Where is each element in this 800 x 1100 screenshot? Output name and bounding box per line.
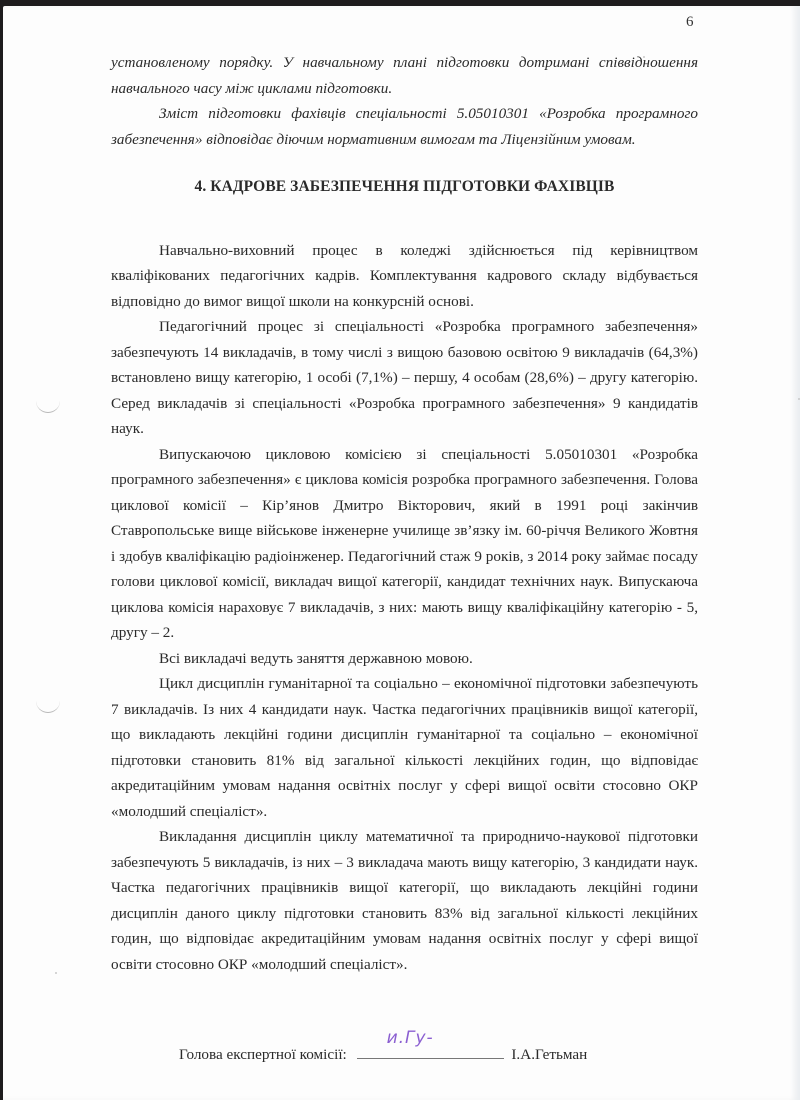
- scan-speck: [55, 972, 57, 974]
- intro-paragraph-continued: установленому порядку. У навчальному пла…: [111, 50, 698, 101]
- signature-block: Голова експертної комісії: и.Гу- І.А.Гет…: [179, 1042, 587, 1064]
- body-paragraph: Випускаючою цикловою комісією зі спеціал…: [111, 442, 698, 646]
- page-number: 6: [686, 14, 694, 31]
- punch-hole-mark: [36, 698, 60, 713]
- punch-hole-mark: [36, 398, 60, 413]
- body-paragraph: Всі викладачі ведуть заняття державною м…: [111, 646, 698, 672]
- body-paragraph: Цикл дисциплін гуманітарної та соціально…: [111, 671, 698, 824]
- section-heading: 4. КАДРОВЕ ЗАБЕЗПЕЧЕННЯ ПІДГОТОВКИ ФАХІВ…: [111, 174, 698, 200]
- page-edge-shadow: [790, 6, 800, 1100]
- body-paragraph: Викладання дисциплін циклу математичної …: [111, 824, 698, 977]
- scanned-page: 6 установленому порядку. У навчальному п…: [3, 6, 800, 1100]
- body-paragraph: Педагогічний процес зі спеціальності «Ро…: [111, 314, 698, 442]
- signatory-name: І.А.Гетьман: [511, 1046, 587, 1063]
- handwritten-signature: и.Гу-: [387, 1028, 434, 1048]
- body-paragraph: Навчально-виховний процес в коледжі здій…: [111, 238, 698, 315]
- intro-paragraph: Зміст підготовки фахівців спеціальності …: [111, 101, 698, 152]
- signature-line: и.Гу-: [357, 1042, 504, 1059]
- signature-label: Голова експертної комісії:: [179, 1046, 347, 1063]
- document-body: установленому порядку. У навчальному пла…: [111, 50, 698, 977]
